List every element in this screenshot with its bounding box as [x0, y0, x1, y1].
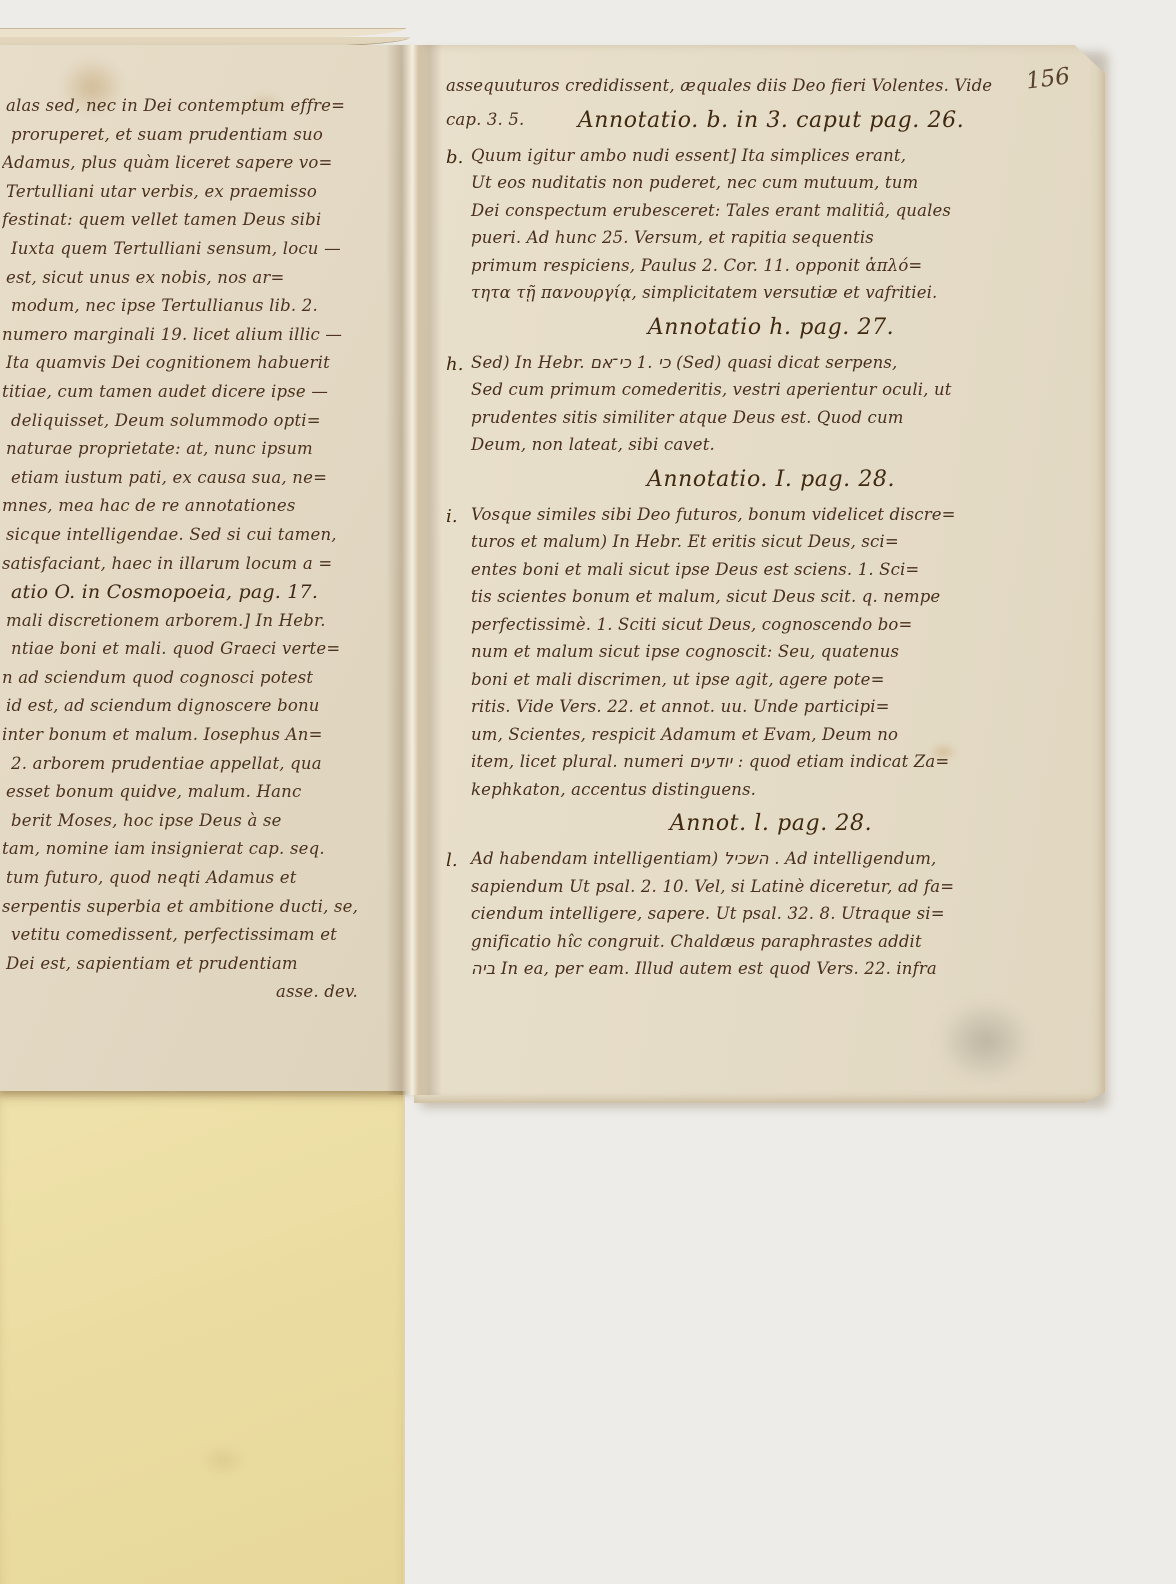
manuscript-line: gnificatio hîc congruit. Chaldæus paraph… [471, 928, 1096, 956]
manuscript-line: modum, nec ipse Tertullianus lib. 2. [2, 292, 406, 321]
annotation-heading: Annotatio. I. pag. 28. [446, 459, 1096, 501]
manuscript-line: τητα τῇ πανουργίᾳ, simplicitatem versuti… [471, 279, 1096, 307]
manuscript-line: primum respiciens, Paulus 2. Cor. 11. op… [471, 252, 1096, 280]
annotation-heading: Annotatio h. pag. 27. [446, 307, 1096, 349]
margin-letter: i. [446, 503, 458, 531]
manuscript-line: assequuturos credidissent, æquales diis … [446, 72, 1096, 100]
manuscript-line: satisfaciant, haec in illarum locum a = [2, 550, 406, 579]
flyleaf-blank-page [0, 1091, 405, 1584]
annotation-section-l: l. Ad habendam intelligentiam) השכיל . A… [446, 845, 1096, 983]
manuscript-line: perfectissimè. 1. Sciti sicut Deus, cogn… [471, 611, 1096, 639]
manuscript-line: Sed cum primum comederitis, vestri aperi… [471, 376, 1096, 404]
left-page-text: alas sed, nec in Dei contemptum effre= p… [2, 92, 406, 1007]
manuscript-line: Ut eos nuditatis non puderet, nec cum mu… [471, 169, 1096, 197]
annotation-section-h: h. Sed) In Hebr. כי .1 כי־אם (Sed) quasi… [446, 349, 1096, 459]
manuscript-line: ntiae boni et mali. quod Graeci verte= [2, 635, 406, 664]
manuscript-line: Ad habendam intelligentiam) השכיל . Ad i… [471, 845, 1096, 873]
manuscript-line: proruperet, et suam prudentiam suo [2, 121, 406, 150]
manuscript-line: kephkaton, accentus distinguens. [471, 776, 1096, 804]
manuscript-line: berit Moses, hoc ipse Deus à se [2, 807, 406, 836]
manuscript-line: esset bonum quidve, malum. Hanc [2, 778, 406, 807]
manuscript-photo: 156 alas sed, nec in Dei contemptum effr… [0, 0, 1176, 1584]
manuscript-line: Deum, non lateat, sibi cavet. [471, 431, 1096, 459]
manuscript-line: ciendum intelligere, sapere. Ut psal. 32… [471, 900, 1096, 928]
manuscript-line: sicque intelligendae. Sed si cui tamen, [2, 521, 406, 550]
chapter-reference: cap. 3. 5. [446, 106, 524, 134]
manuscript-line: numero marginali 19. licet alium illic — [2, 321, 406, 350]
manuscript-line: mali discretionem arborem.] In Hebr. [2, 607, 406, 636]
manuscript-line: Iuxta quem Tertulliani sensum, locu — [2, 235, 406, 264]
manuscript-line: mnes, mea hac de re annotationes [2, 492, 406, 521]
catchword: asse. dev. [2, 978, 406, 1007]
manuscript-line: Sed) In Hebr. כי .1 כי־אם (Sed) quasi di… [471, 349, 1096, 377]
annotation-section-i: i. Vosque similes sibi Deo futuros, bonu… [446, 501, 1096, 804]
annotation-heading-fragment: atio O. in Cosmopoeia, pag. 17. [2, 578, 406, 607]
manuscript-line: Dei conspectum erubesceret: Tales erant … [471, 197, 1096, 225]
manuscript-line: num et malum sicut ipse cognoscit: Seu, … [471, 638, 1096, 666]
manuscript-line: n ad sciendum quod cognosci potest [2, 664, 406, 693]
manuscript-line: etiam iustum pati, ex causa sua, ne= [2, 464, 406, 493]
annotation-heading: Annot. l. pag. 28. [446, 803, 1096, 845]
margin-letter: l. [446, 847, 458, 875]
annotation-section-b: b. Quum igitur ambo nudi essent] Ita sim… [446, 142, 1096, 307]
manuscript-line: id est, ad sciendum dignoscere bonu [2, 692, 406, 721]
heading-row: cap. 3. 5. Annotatio. b. in 3. caput pag… [446, 100, 1096, 142]
manuscript-line: um, Scientes, respicit Adamum et Evam, D… [471, 721, 1096, 749]
manuscript-line: deliquisset, Deum solummodo opti= [2, 407, 406, 436]
annotation-heading: Annotatio. b. in 3. caput pag. 26. [446, 100, 1096, 142]
margin-letter: b. [446, 144, 464, 172]
manuscript-line: Quum igitur ambo nudi essent] Ita simpli… [471, 142, 1096, 170]
manuscript-line: item, licet plural. numeri יודעים : quod… [471, 748, 1096, 776]
manuscript-line: prudentes sitis similiter atque Deus est… [471, 404, 1096, 432]
manuscript-line: pueri. Ad hunc 25. Versum, et rapitia se… [471, 224, 1096, 252]
manuscript-line: vetitu comedissent, perfectissimam et [2, 921, 406, 950]
manuscript-line: est, sicut unus ex nobis, nos ar= [2, 264, 406, 293]
manuscript-line: inter bonum et malum. Iosephus An= [2, 721, 406, 750]
manuscript-line: Ita quamvis Dei cognitionem habuerit [2, 349, 406, 378]
manuscript-line: naturae proprietate: at, nunc ipsum [2, 435, 406, 464]
manuscript-line: Dei est, sapientiam et prudentiam [2, 950, 406, 979]
manuscript-line: boni et mali discrimen, ut ipse agit, ag… [471, 666, 1096, 694]
margin-letter: h. [446, 351, 464, 379]
manuscript-line: serpentis superbia et ambitione ducti, s… [2, 893, 406, 922]
manuscript-line: tis scientes bonum et malum, sicut Deus … [471, 583, 1096, 611]
manuscript-line: 2. arborem prudentiae appellat, qua [2, 750, 406, 779]
manuscript-line: Vosque similes sibi Deo futuros, bonum v… [471, 501, 1096, 529]
manuscript-line: tum futuro, quod neqti Adamus et [2, 864, 406, 893]
manuscript-line: alas sed, nec in Dei contemptum effre= [2, 92, 406, 121]
manuscript-line: festinat: quem vellet tamen Deus sibi [2, 206, 406, 235]
manuscript-line: sapiendum Ut psal. 2. 10. Vel, si Latinè… [471, 873, 1096, 901]
manuscript-line: entes boni et mali sicut ipse Deus est s… [471, 556, 1096, 584]
right-page-text: assequuturos credidissent, æquales diis … [446, 72, 1096, 983]
manuscript-line: Tertulliani utar verbis, ex praemisso [2, 178, 406, 207]
manuscript-line: ביה In ea, per eam. Illud autem est quod… [471, 955, 1096, 983]
manuscript-line: titiae, cum tamen audet dicere ipse — [2, 378, 406, 407]
manuscript-line: tam, nomine iam insignierat cap. seq. [2, 835, 406, 864]
manuscript-line: turos et malum) In Hebr. Et eritis sicut… [471, 528, 1096, 556]
manuscript-line: ritis. Vide Vers. 22. et annot. uu. Unde… [471, 693, 1096, 721]
manuscript-line: Adamus, plus quàm liceret sapere vo= [2, 149, 406, 178]
